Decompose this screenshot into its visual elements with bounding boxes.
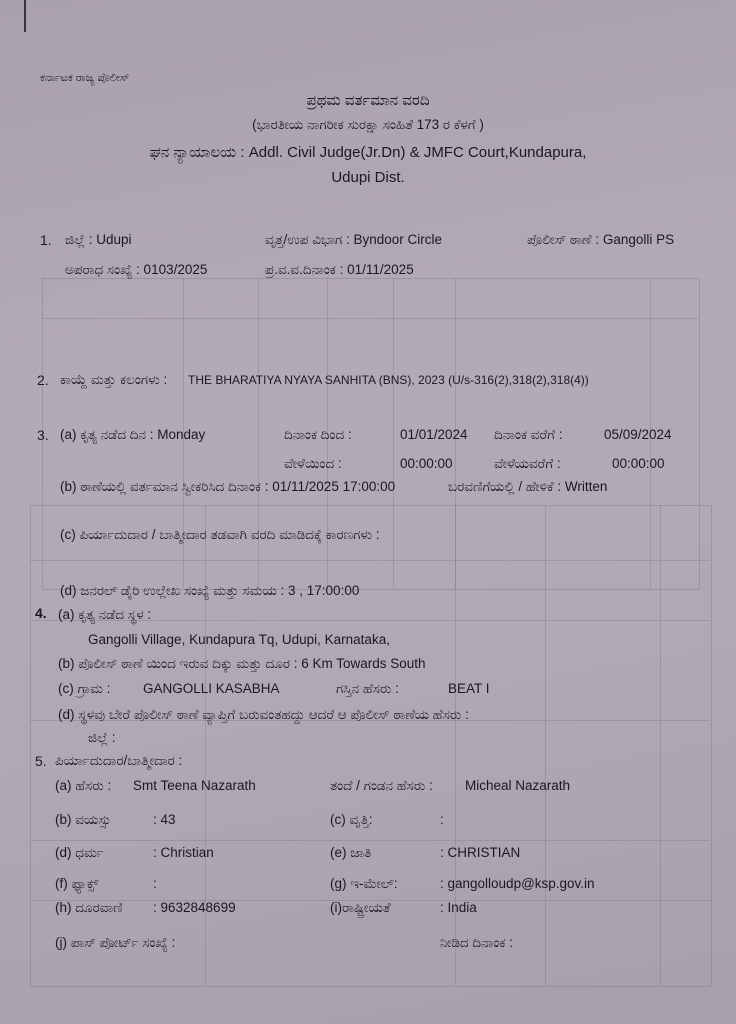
from-time-value: 00:00:00 (400, 456, 453, 471)
circle-field: ವೃತ್ತ/ಉಪ ವಿಭಾಗ : Byndoor Circle (265, 232, 442, 248)
from-time-label: ವೇಳೆಯಿಂದ : (284, 456, 342, 472)
complainant-heading: ಪಿರ್ಯಾದುದಾರ/ಬಾತ್ಮೀದಾರ : (55, 753, 182, 769)
email-value: : gangolloudp@ksp.gov.in (440, 876, 595, 891)
village-value: GANGOLLI KASABHA (143, 681, 280, 696)
passport-issued-date-label: ನೀಡಿದ ದಿನಾಂಕ : (440, 935, 513, 951)
nationality-value: : India (440, 900, 477, 915)
nationality-label: (i)ರಾಷ್ಟ್ರೀಯತೆ (330, 900, 391, 916)
from-date-value: 01/01/2024 (400, 427, 468, 442)
fir-date-field: ಪ್ರ.ವ.ವ.ದಿನಾಂಕ : 01/11/2025 (265, 262, 414, 278)
section-5-number: 5. (35, 753, 47, 769)
information-mode-field: ಬರವಣಿಗೆಯಲ್ಲಿ / ಹೇಳಿಕೆ : Written (448, 479, 607, 495)
delay-reason-field: (c) ಪಿರ್ಯಾದುದಾರ / ಬಾತ್ಮೀದಾರ ತಡವಾಗಿ ವರದಿ … (60, 527, 380, 543)
court-line-2: Udupi Dist. (0, 169, 736, 186)
phone-label: (h) ದೂರವಾಣಿ (55, 900, 123, 916)
beat-label: ಗಸ್ತಿನ ಹೆಸರು : (336, 681, 399, 697)
fax-value: : (153, 876, 157, 891)
to-time-value: 00:00:00 (612, 456, 665, 471)
age-label: (b) ವಯಸ್ಸು (55, 812, 111, 828)
police-station-field: ಪೊಲೀಸ್ ಠಾಣೆ : Gangolli PS (527, 232, 674, 248)
email-label: (g) ಇ-ಮೇಲ್: (330, 876, 398, 892)
court-label: ಘನ ನ್ಯಾಯಾಲಯ : (150, 144, 245, 161)
distance-direction-field: (b) ಪೊಲೀಸ್ ಠಾಣೆ ಯಿಂದ ಇರುವ ದಿಕ್ಕು ಮತ್ತು ದ… (58, 656, 426, 672)
beat-value: BEAT I (448, 681, 490, 696)
passport-number-label: (j) ಪಾಸ್ ಪೋರ್ಟ್ ಸಂಖ್ಯೆ : (55, 935, 175, 951)
to-time-label: ವೇಳೆಯವರೆಗೆ : (494, 456, 561, 472)
village-label: (c) ಗ್ರಾಮ : (58, 681, 111, 697)
section-1-number: 1. (40, 232, 52, 248)
document-title: ಪ್ರಥಮ ವರ್ತಮಾನ ವರದಿ (0, 92, 736, 109)
section-3-number: 3. (37, 427, 49, 443)
from-date-label: ದಿನಾಂಕ ದಿಂದ : (284, 427, 352, 443)
information-received-field: (b) ಠಾಣೆಯಲ್ಲಿ ವರ್ತಮಾನ ಸ್ವೀಕರಿಸಿದ ದಿನಾಂಕ … (60, 479, 395, 495)
caste-label: (e) ಜಾತಿ (330, 845, 371, 861)
place-of-occurrence-label: (a) ಕೃತ್ಯ ನಡೆದ ಸ್ಥಳ : (58, 607, 151, 623)
section-4-number: 4. (35, 605, 47, 621)
occurrence-day: (a) ಕೃತ್ಯ ನಡೆದ ದಿನ : Monday (60, 427, 205, 443)
other-police-station-field: (d) ಸ್ಥಳವು ಬೇರೆ ಪೊಲೀಸ್ ಠಾಣೆ ವ್ಯಾಪ್ತಿಗೆ ಬ… (58, 707, 469, 723)
fax-label: (f) ಫ್ಯಾಕ್ಸ್ (55, 876, 99, 892)
father-husband-label: ತಂದೆ / ಗಂಡನ ಹೆಸರು : (330, 778, 433, 794)
org-name: ಕರ್ನಾಟಕ ರಾಜ್ಯ ಪೊಲೀಸ್ (40, 72, 129, 85)
complainant-name-value: Smt Teena Nazarath (133, 778, 256, 793)
paper-edge-mark (24, 0, 26, 32)
court-value: Addl. Civil Judge(Jr.Dn) & JMFC Court,Ku… (249, 144, 587, 161)
act-sections-value: THE BHARATIYA NYAYA SANHITA (BNS), 2023 … (188, 373, 589, 387)
complainant-name-label: (a) ಹೆಸರು : (55, 778, 111, 794)
to-date-label: ದಿನಾಂಕ ವರೆಗೆ : (494, 427, 563, 443)
general-diary-field: (d) ಜನರಲ್ ಡೈರಿ ಉಲ್ಲೇಖ ಸಂಖ್ಯೆ ಮತ್ತು ಸಮಯ :… (60, 583, 359, 599)
occupation-value: : (440, 812, 444, 827)
crime-number-field: ಅಪರಾಧ ಸಂಖ್ಯೆ : 0103/2025 (65, 262, 207, 278)
other-district-field: ಜಿಲ್ಲೆ : (88, 730, 115, 746)
religion-value: : Christian (153, 845, 214, 860)
section-2-number: 2. (37, 372, 49, 388)
place-of-occurrence-value: Gangolli Village, Kundapura Tq, Udupi, K… (88, 632, 390, 647)
religion-label: (d) ಧರ್ಮ (55, 845, 104, 861)
court-line: ಘನ ನ್ಯಾಯಾಲಯ : Addl. Civil Judge(Jr.Dn) &… (0, 144, 736, 161)
district-field: ಜಿಲ್ಲೆ : Udupi (65, 232, 132, 248)
document-subtitle: (ಭಾರತೀಯ ನಾಗರೀಕ ಸುರಕ್ಷಾ ಸಂಹಿತೆ 173 ರ ಕೆಳಗ… (0, 117, 736, 133)
father-husband-value: Micheal Nazarath (465, 778, 570, 793)
phone-value: : 9632848699 (153, 900, 236, 915)
occupation-label: (c) ವೃತ್ತಿ: (330, 812, 373, 828)
age-value: : 43 (153, 812, 176, 827)
act-sections-label: ಕಾಯ್ದೆ ಮತ್ತು ಕಲಂಗಳು : (60, 372, 167, 388)
caste-value: : CHRISTIAN (440, 845, 520, 860)
to-date-value: 05/09/2024 (604, 427, 672, 442)
